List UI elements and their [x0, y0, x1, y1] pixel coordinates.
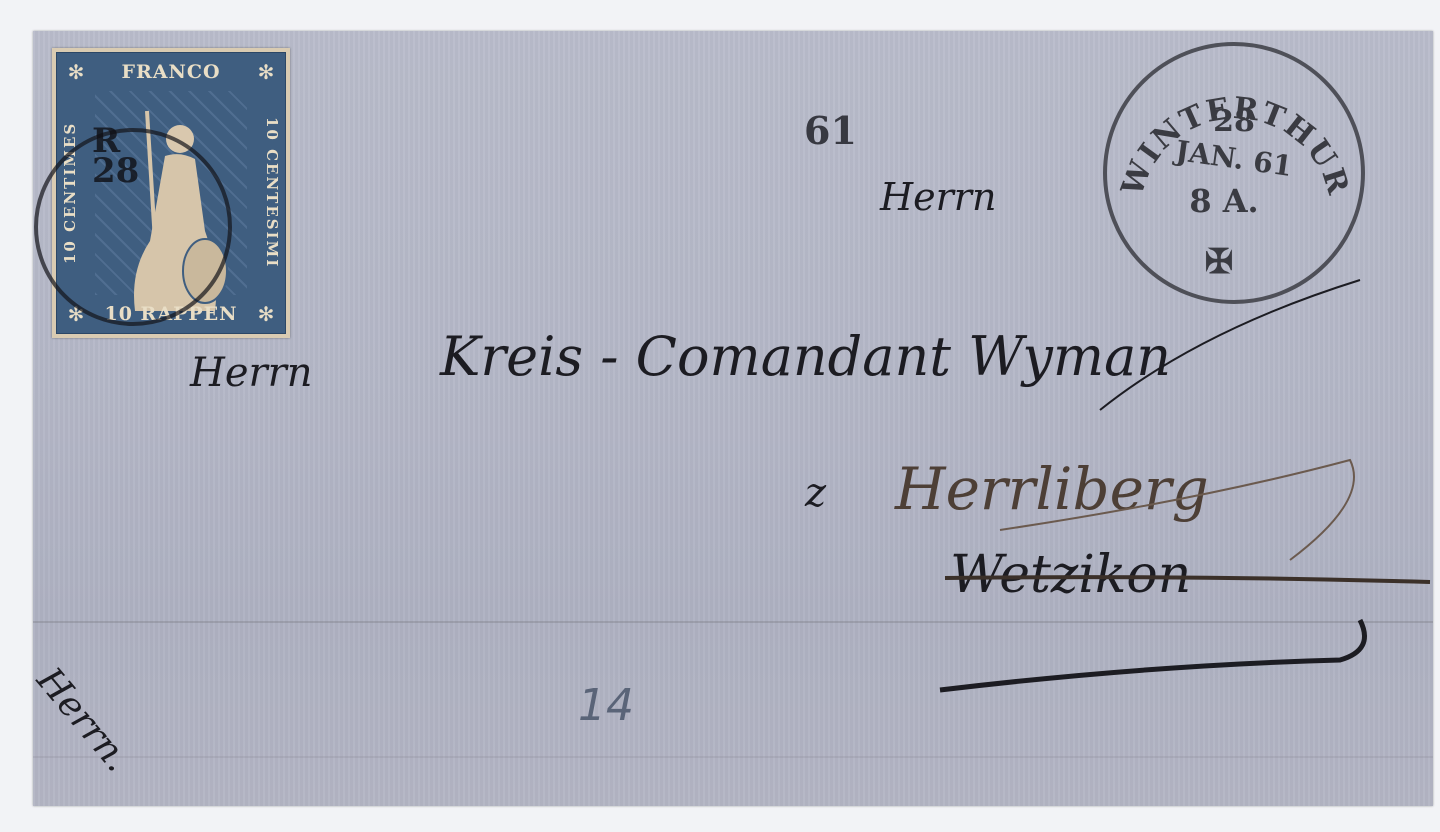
- handwriting-flourishes: [0, 0, 1440, 832]
- pencil-number: 14: [578, 680, 634, 731]
